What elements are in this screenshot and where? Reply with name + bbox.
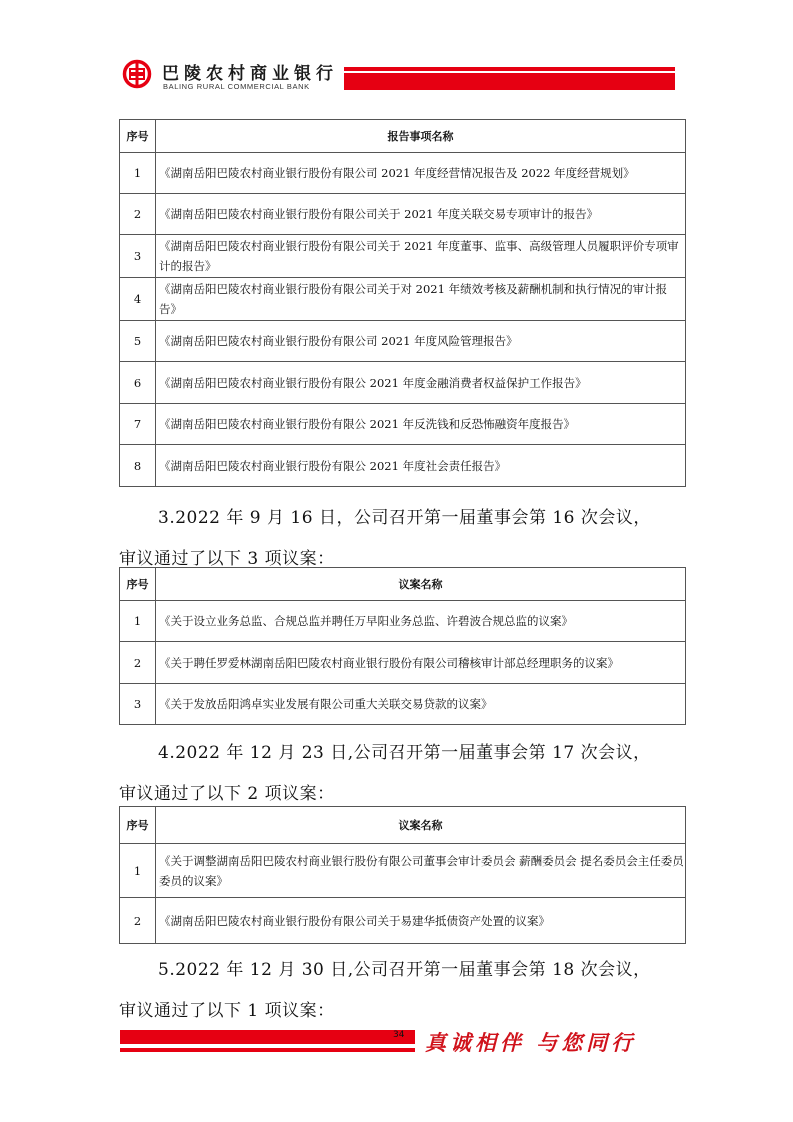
- col-header-name: 议案名称: [156, 568, 686, 601]
- bank-name-en: BALING RURAL COMMERCIAL BANK: [163, 82, 310, 91]
- footer-slogan: 真诚相伴 与您同行: [425, 1027, 636, 1057]
- row-number: 8: [120, 445, 156, 487]
- reports-table: 序号 报告事项名称 1 《湖南岳阳巴陵农村商业银行股份有限公司 2021 年度经…: [119, 119, 686, 487]
- row-name: 《湖南岳阳巴陵农村商业银行股份有限公 2021 年反洗钱和反恐怖融资年度报告》: [156, 404, 686, 445]
- table-row: 1 《关于设立业务总监、合规总监并聘任万早阳业务总监、许碧波合规总监的议案》: [120, 601, 686, 642]
- row-name: 《湖南岳阳巴陵农村商业银行股份有限公司 2021 年度经营情况报告及 2022 …: [156, 153, 686, 194]
- page-header: 巴陵农村商业银行 BALING RURAL COMMERCIAL BANK: [118, 57, 688, 97]
- footer-stripe-thin: [120, 1048, 415, 1052]
- col-header-no: 序号: [120, 120, 156, 153]
- col-header-name: 报告事项名称: [156, 120, 686, 153]
- table-row: 8 《湖南岳阳巴陵农村商业银行股份有限公 2021 年度社会责任报告》: [120, 445, 686, 487]
- row-name: 《湖南岳阳巴陵农村商业银行股份有限公 2021 年度社会责任报告》: [156, 445, 686, 487]
- row-name: 《湖南岳阳巴陵农村商业银行股份有限公司关于对 2021 年绩效考核及薪酬机制和执…: [156, 278, 686, 321]
- row-number: 2: [120, 194, 156, 235]
- section4-line1: 4.2022 年 12 月 23 日,公司召开第一届董事会第 17 次会议，: [158, 738, 651, 763]
- table-row: 4 《湖南岳阳巴陵农村商业银行股份有限公司关于对 2021 年绩效考核及薪酬机制…: [120, 278, 686, 321]
- row-name: 《湖南岳阳巴陵农村商业银行股份有限公 2021 年度金融消费者权益保护工作报告》: [156, 362, 686, 404]
- section3-line2: 审议通过了以下 3 项议案：: [119, 544, 335, 569]
- row-name: 《关于发放岳阳鸿卓实业发展有限公司重大关联交易贷款的议案》: [156, 684, 686, 725]
- row-number: 3: [120, 684, 156, 725]
- col-header-name: 议案名称: [156, 807, 686, 844]
- row-name: 《湖南岳阳巴陵农村商业银行股份有限公司关于 2021 年度关联交易专项审计的报告…: [156, 194, 686, 235]
- table-row: 3 《关于发放岳阳鸿卓实业发展有限公司重大关联交易贷款的议案》: [120, 684, 686, 725]
- row-number: 1: [120, 844, 156, 898]
- header-stripe-thin: [344, 67, 675, 71]
- page-number: 34: [393, 1030, 404, 1040]
- row-number: 1: [120, 153, 156, 194]
- section4-line2: 审议通过了以下 2 项议案：: [119, 779, 335, 804]
- table-row: 3 《湖南岳阳巴陵农村商业银行股份有限公司关于 2021 年度董事、监事、高级管…: [120, 235, 686, 278]
- meeting16-table: 序号 议案名称 1 《关于设立业务总监、合规总监并聘任万早阳业务总监、许碧波合规…: [119, 567, 686, 725]
- table-row: 2 《关于聘任罗爱林湖南岳阳巴陵农村商业银行股份有限公司稽核审计部总经理职务的议…: [120, 642, 686, 684]
- row-name: 《关于聘任罗爱林湖南岳阳巴陵农村商业银行股份有限公司稽核审计部总经理职务的议案》: [156, 642, 686, 684]
- table-row: 2 《湖南岳阳巴陵农村商业银行股份有限公司关于易建华抵债资产处置的议案》: [120, 898, 686, 944]
- row-number: 6: [120, 362, 156, 404]
- footer-stripe-thick: [120, 1030, 415, 1044]
- row-name: 《湖南岳阳巴陵农村商业银行股份有限公司关于易建华抵债资产处置的议案》: [156, 898, 686, 944]
- row-number: 5: [120, 321, 156, 362]
- row-name: 《关于设立业务总监、合规总监并聘任万早阳业务总监、许碧波合规总监的议案》: [156, 601, 686, 642]
- col-header-no: 序号: [120, 807, 156, 844]
- table-row: 1 《湖南岳阳巴陵农村商业银行股份有限公司 2021 年度经营情况报告及 202…: [120, 153, 686, 194]
- bank-logo-icon: [122, 59, 152, 89]
- table-row: 7 《湖南岳阳巴陵农村商业银行股份有限公 2021 年反洗钱和反恐怖融资年度报告…: [120, 404, 686, 445]
- section5-line1: 5.2022 年 12 月 30 日,公司召开第一届董事会第 18 次会议，: [158, 955, 651, 980]
- row-number: 3: [120, 235, 156, 278]
- bank-name-cn: 巴陵农村商业银行: [162, 59, 338, 84]
- table-row: 5 《湖南岳阳巴陵农村商业银行股份有限公司 2021 年度风险管理报告》: [120, 321, 686, 362]
- table-row: 2 《湖南岳阳巴陵农村商业银行股份有限公司关于 2021 年度关联交易专项审计的…: [120, 194, 686, 235]
- header-stripe-thick: [344, 73, 675, 90]
- section3-line1: 3.2022 年 9 月 16 日，公司召开第一届董事会第 16 次会议，: [158, 503, 651, 528]
- row-number: 2: [120, 898, 156, 944]
- col-header-no: 序号: [120, 568, 156, 601]
- row-name: 《湖南岳阳巴陵农村商业银行股份有限公司 2021 年度风险管理报告》: [156, 321, 686, 362]
- row-number: 1: [120, 601, 156, 642]
- meeting17-table: 序号 议案名称 1 《关于调整湖南岳阳巴陵农村商业银行股份有限公司董事会审计委员…: [119, 806, 686, 944]
- row-name: 《湖南岳阳巴陵农村商业银行股份有限公司关于 2021 年度董事、监事、高级管理人…: [156, 235, 686, 278]
- table-row: 6 《湖南岳阳巴陵农村商业银行股份有限公 2021 年度金融消费者权益保护工作报…: [120, 362, 686, 404]
- section5-line2: 审议通过了以下 1 项议案：: [119, 996, 335, 1021]
- table-row: 1 《关于调整湖南岳阳巴陵农村商业银行股份有限公司董事会审计委员会 薪酬委员会 …: [120, 844, 686, 898]
- row-number: 2: [120, 642, 156, 684]
- row-number: 7: [120, 404, 156, 445]
- row-number: 4: [120, 278, 156, 321]
- row-name: 《关于调整湖南岳阳巴陵农村商业银行股份有限公司董事会审计委员会 薪酬委员会 提名…: [156, 844, 686, 898]
